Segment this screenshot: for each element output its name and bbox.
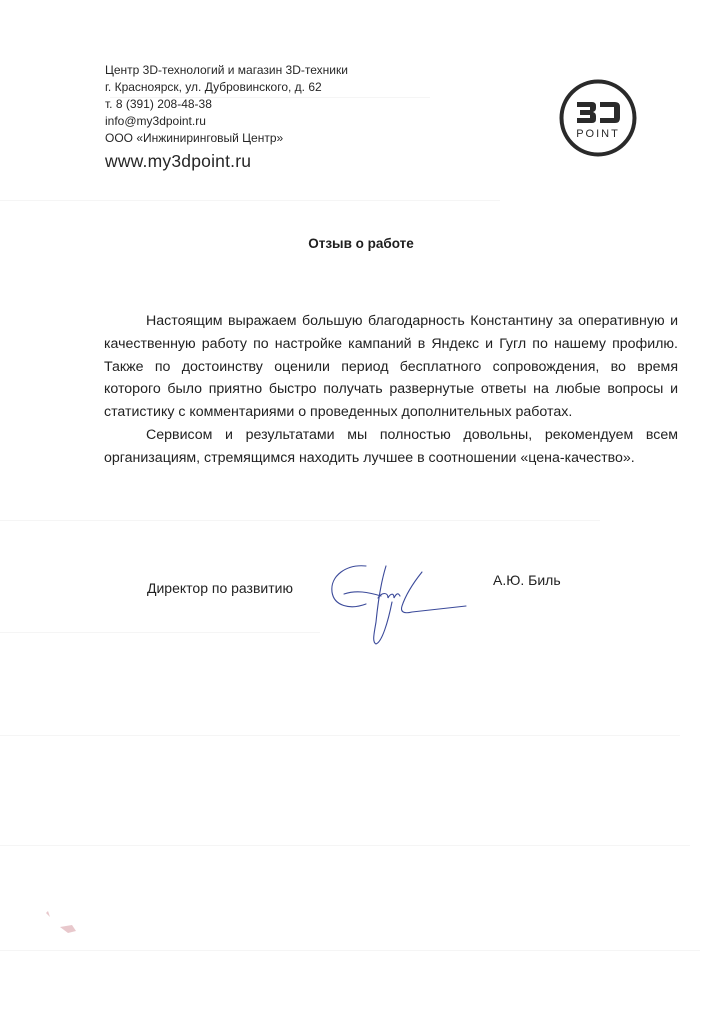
- document-title: Отзыв о работе: [0, 236, 722, 251]
- letterhead: Центр 3D-технологий и магазин 3D-техники…: [105, 62, 348, 172]
- scan-artifact: [0, 200, 500, 201]
- scan-artifact: [0, 845, 690, 846]
- body-paragraph: Настоящим выражаем большую благодарность…: [104, 310, 678, 424]
- letterhead-address: г. Красноярск, ул. Дубровинского, д. 62: [105, 79, 348, 96]
- handwritten-signature-icon: [326, 562, 476, 652]
- letterhead-legal-name: ООО «Инжиниринговый Центр»: [105, 130, 348, 147]
- letterhead-phone: т. 8 (391) 208-48-38: [105, 96, 348, 113]
- ink-stain-artifact: [40, 905, 90, 935]
- letter-page: Центр 3D-технологий и магазин 3D-техники…: [0, 0, 722, 1024]
- signature-block: Директор по развитию А.Ю. Биль: [0, 572, 722, 652]
- scan-artifact: [0, 950, 700, 951]
- svg-text:POINT: POINT: [576, 128, 620, 140]
- document-body: Настоящим выражаем большую благодарность…: [104, 310, 678, 470]
- scan-artifact: [0, 520, 600, 521]
- letterhead-email: info@my3dpoint.ru: [105, 113, 348, 130]
- body-paragraph: Сервисом и результатами мы полностью дов…: [104, 424, 678, 470]
- signatory-position: Директор по развитию: [147, 580, 293, 596]
- letterhead-company: Центр 3D-технологий и магазин 3D-техники: [105, 62, 348, 79]
- scan-artifact: [0, 735, 680, 736]
- 3d-point-logo-icon: POINT: [558, 78, 638, 158]
- letterhead-website: www.my3dpoint.ru: [105, 150, 348, 172]
- signatory-name: А.Ю. Биль: [493, 572, 561, 588]
